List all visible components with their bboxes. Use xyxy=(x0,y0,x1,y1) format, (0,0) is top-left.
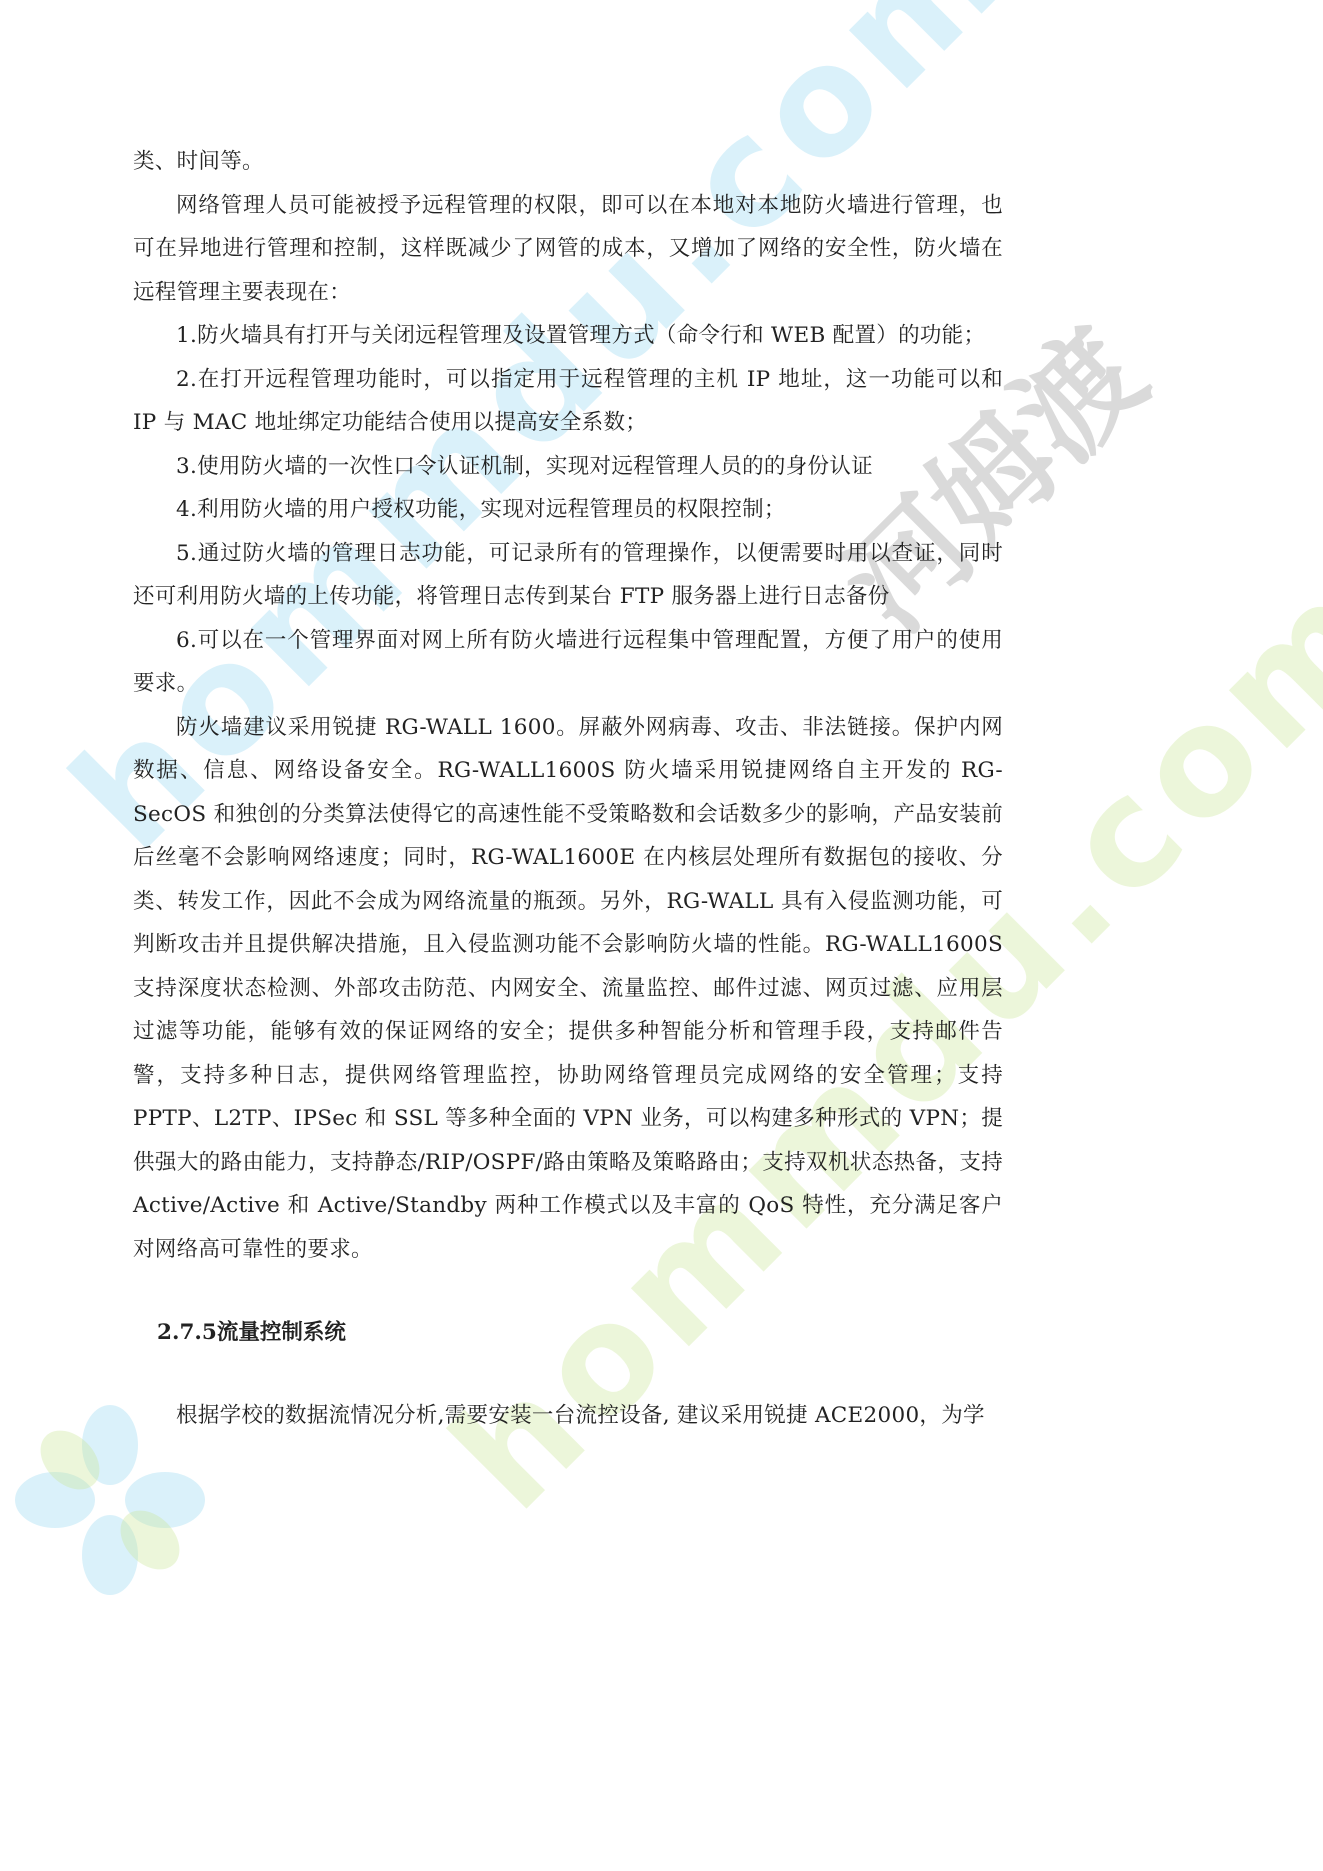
paragraph-remote-management: 网络管理人员可能被授予远程管理的权限，即可以在本地对本地防火墙进行管理，也可在异… xyxy=(133,184,1003,315)
document-page: 类、时间等。 网络管理人员可能被授予远程管理的权限，即可以在本地对本地防火墙进行… xyxy=(133,140,1003,1438)
list-item-2: 2.在打开远程管理功能时，可以指定用于远程管理的主机 IP 地址，这一功能可以和… xyxy=(133,358,1003,445)
list-item-6: 6.可以在一个管理界面对网上所有防火墙进行远程集中管理配置，方便了用户的使用要求… xyxy=(133,619,1003,706)
paragraph-continuation: 类、时间等。 xyxy=(133,140,1003,184)
section-heading: 2.7.5流量控制系统 xyxy=(157,1311,1003,1354)
list-item-5: 5.通过防火墙的管理日志功能，可记录所有的管理操作，以便需要时用以查证，同时还可… xyxy=(133,532,1003,619)
paragraph-traffic-control: 根据学校的数据流情况分析,需要安装一台流控设备, 建议采用锐捷 ACE2000，… xyxy=(133,1394,1003,1438)
paragraph-firewall-recommendation: 防火墙建议采用锐捷 RG-WALL 1600。屏蔽外网病毒、攻击、非法链接。保护… xyxy=(133,706,1003,1272)
list-item-3: 3.使用防火墙的一次性口令认证机制，实现对远程管理人员的的身份认证 xyxy=(133,445,1003,489)
list-item-4: 4.利用防火墙的用户授权功能，实现对远程管理员的权限控制； xyxy=(133,488,1003,532)
list-item-1: 1.防火墙具有打开与关闭远程管理及设置管理方式（命令行和 WEB 配置）的功能； xyxy=(133,314,1003,358)
